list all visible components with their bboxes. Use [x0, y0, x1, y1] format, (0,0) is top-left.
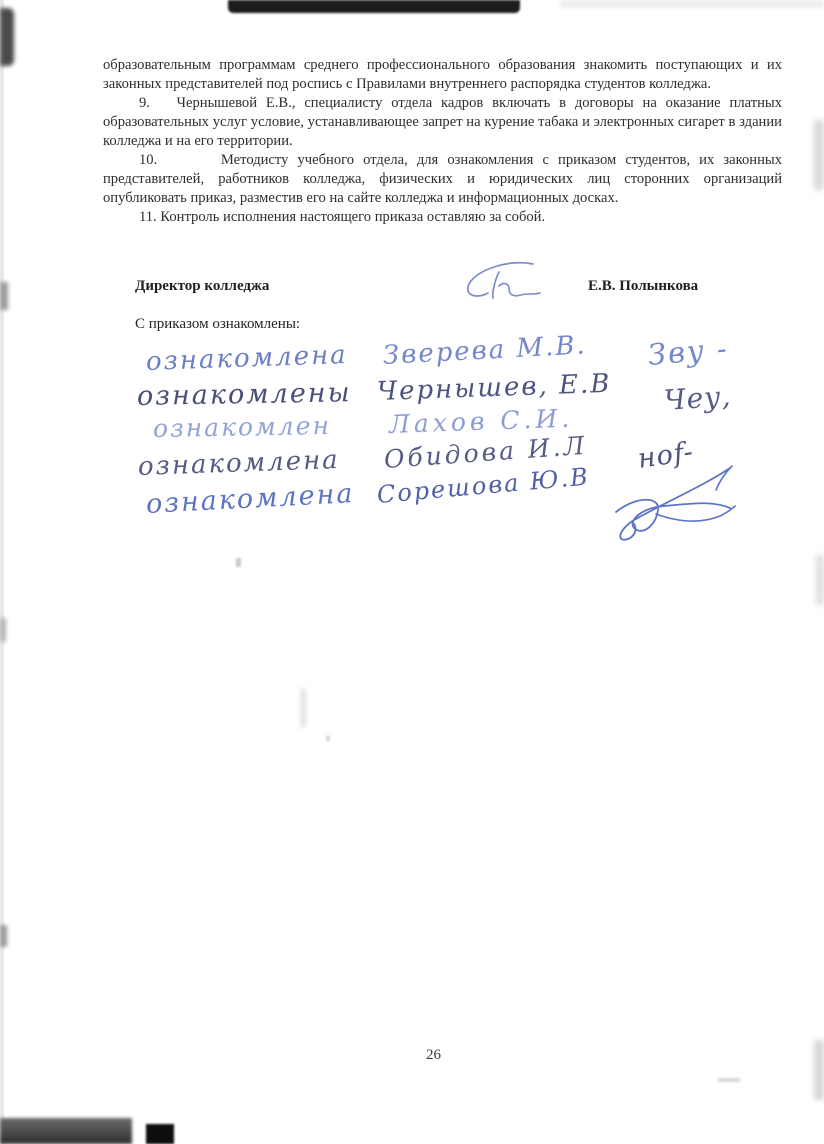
paragraph-item-11: 11. Контроль исполнения настоящего прика… — [103, 208, 782, 227]
director-title: Директор колледжа — [135, 278, 269, 295]
paragraph-item-10: 10. Методисту учебного отдела, для ознак… — [103, 151, 782, 208]
scan-artifact-speck-2 — [300, 688, 306, 728]
scan-artifact-right-smudge-2 — [816, 555, 824, 605]
scan-artifact-right-smudge-3 — [814, 1040, 824, 1100]
ack-status-handwriting: ознакомлена — [145, 478, 355, 520]
scanned-document-page: образовательным программам среднего проф… — [0, 0, 824, 1144]
scan-artifact-top-bar — [228, 0, 520, 13]
scan-artifact-bottom-bar — [146, 1124, 174, 1144]
order-body-text: образовательным программам среднего проф… — [103, 56, 782, 227]
paragraph-item-9: 9. Чернышевой Е.В., специалисту отдела к… — [103, 94, 782, 151]
director-handwritten-signature — [455, 256, 565, 311]
scan-artifact-left-mark-2 — [0, 618, 6, 642]
acknowledgement-heading: С приказом ознакомлены: — [135, 316, 300, 333]
ack-signature-handwriting: Чеу, — [663, 379, 732, 417]
ack-name-handwriting: Зверева М.В. — [382, 330, 587, 371]
paragraph-continued: образовательным программам среднего проф… — [103, 56, 782, 94]
scan-artifact-top-right-haze — [560, 0, 824, 8]
scan-artifact-speck-3 — [326, 736, 330, 741]
director-name: Е.В. Полынкова — [588, 278, 698, 295]
scan-artifact-left-mark-3 — [0, 925, 7, 947]
ack-signature-handwriting: Зву - — [647, 331, 730, 372]
ack-status-handwriting: ознакомлены — [137, 377, 352, 412]
scan-artifact-left-blob — [0, 8, 14, 66]
flourish-handwritten-signature — [598, 450, 748, 545]
ack-status-handwriting: ознакомлена — [145, 340, 348, 377]
scan-artifact-speck-1 — [236, 558, 241, 567]
ack-status-handwriting: ознакомлена — [137, 445, 340, 482]
scan-artifact-left-edge — [0, 0, 4, 1144]
scan-artifact-right-smudge-1 — [814, 120, 824, 190]
scan-artifact-bottom-left-block — [0, 1118, 132, 1144]
scan-artifact-speck-4 — [718, 1078, 740, 1082]
ack-status-handwriting: ознакомлен — [153, 411, 331, 443]
page-number: 26 — [426, 1047, 441, 1064]
ack-name-handwriting: Чернышев, Е.В — [376, 369, 611, 407]
director-signature-row: Директор колледжа Е.В. Полынкова — [0, 278, 824, 308]
